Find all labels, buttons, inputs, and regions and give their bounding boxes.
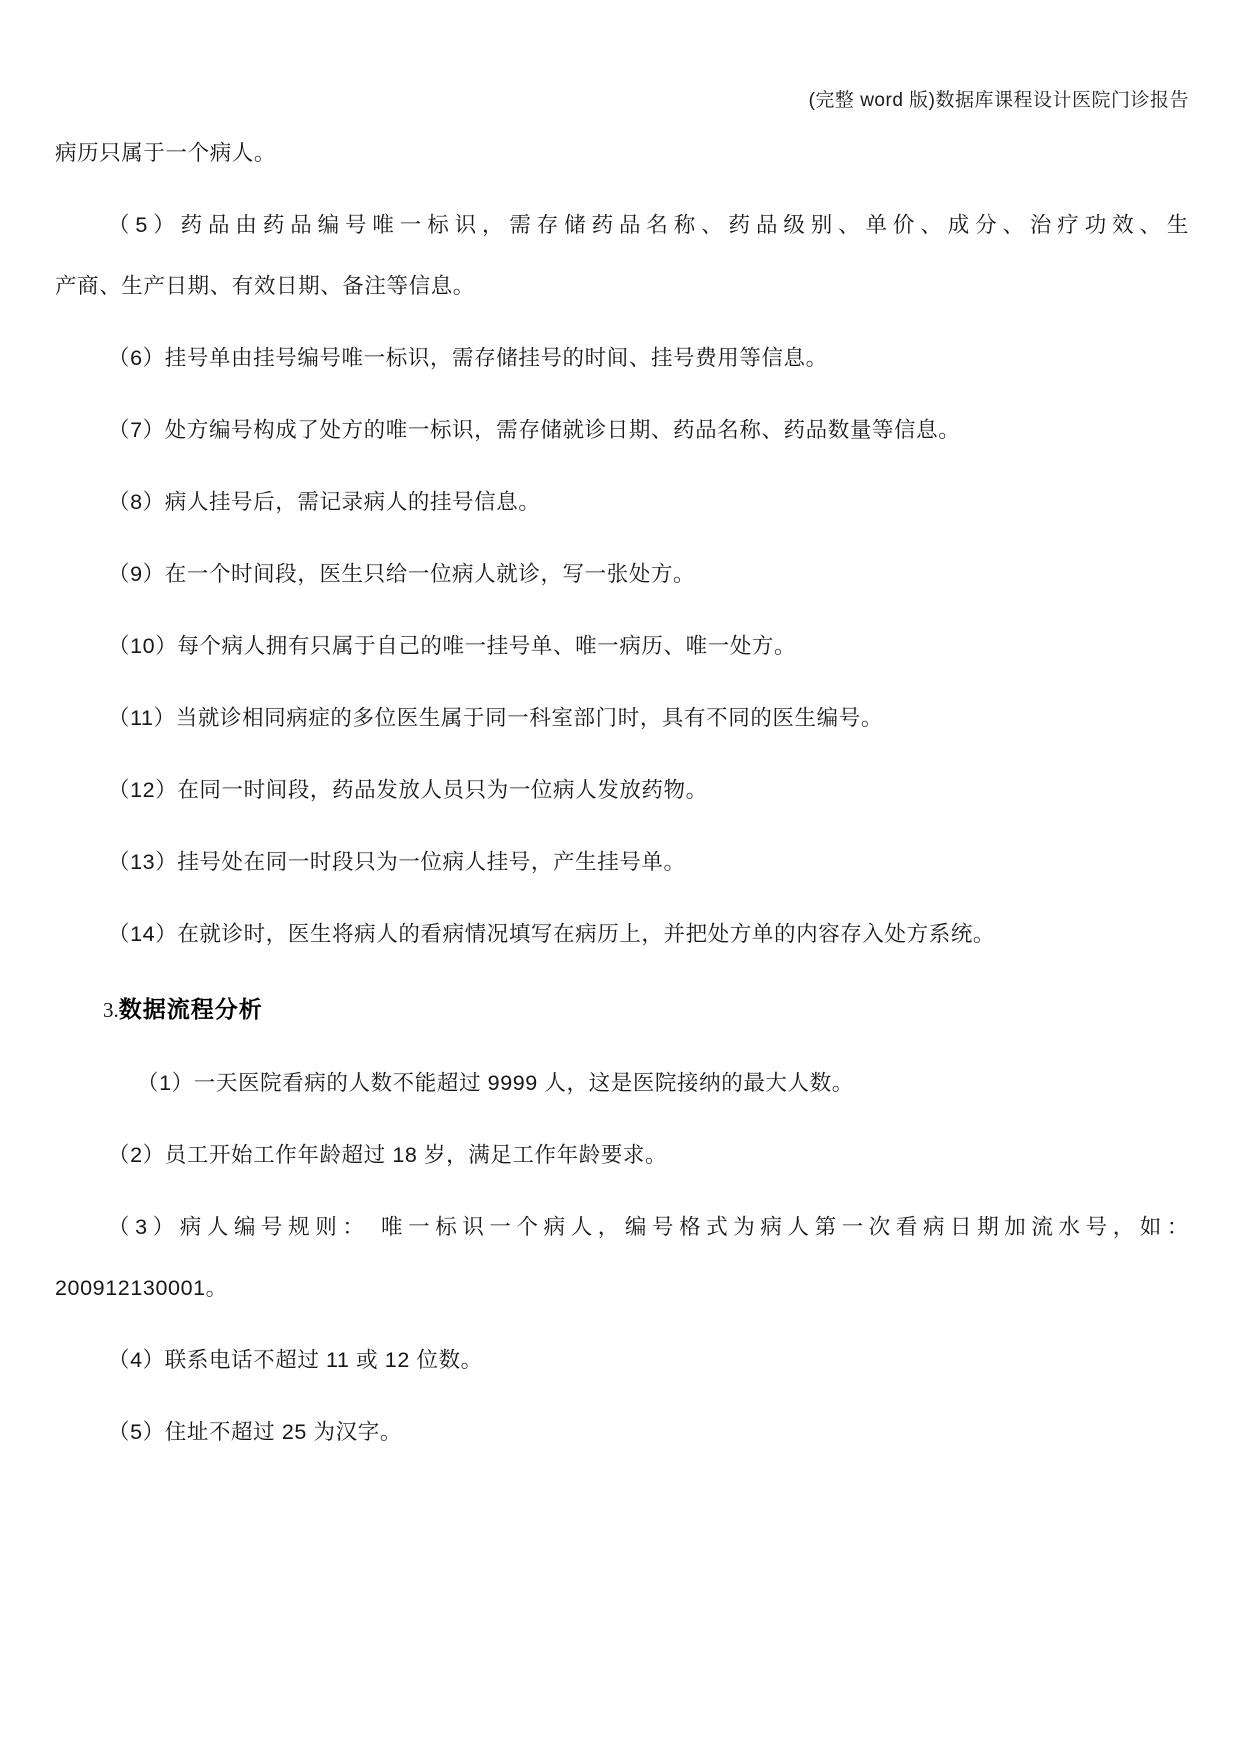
doc-line: （2）员工开始工作年龄超过 18 岁，满足工作年龄要求。 bbox=[55, 1140, 1189, 1170]
doc-line: （7）处方编号构成了处方的唯一标识，需存储就诊日期、药品名称、药品数量等信息。 bbox=[55, 415, 1189, 445]
doc-line: 产商、生产日期、有效日期、备注等信息。 bbox=[55, 271, 1189, 301]
doc-line: （3）病人编号规则： 唯一标识一个病人，编号格式为病人第一次看病日期加流水号，如… bbox=[55, 1212, 1189, 1242]
doc-line: （9）在一个时间段，医生只给一位病人就诊，写一张处方。 bbox=[55, 559, 1189, 589]
doc-line: （12）在同一时间段，药品发放人员只为一位病人发放药物。 bbox=[55, 775, 1189, 805]
section-heading-title: 数据流程分析 bbox=[119, 996, 263, 1022]
doc-line: （8）病人挂号后，需记录病人的挂号信息。 bbox=[55, 487, 1189, 517]
doc-line: （11）当就诊相同病症的多位医生属于同一科室部门时，具有不同的医生编号。 bbox=[55, 703, 1189, 733]
section-heading: 3.数据流程分析 bbox=[55, 991, 1189, 1024]
doc-line: （13）挂号处在同一时段只为一位病人挂号，产生挂号单。 bbox=[55, 847, 1189, 877]
doc-line: （6）挂号单由挂号编号唯一标识，需存储挂号的时间、挂号费用等信息。 bbox=[55, 343, 1189, 373]
document-page: (完整 word 版)数据库课程设计医院门诊报告 病历只属于一个病人。 （5）药… bbox=[0, 0, 1241, 1754]
section-heading-number: 3. bbox=[103, 998, 119, 1022]
page-header: (完整 word 版)数据库课程设计医院门诊报告 bbox=[55, 88, 1189, 114]
doc-line: （1）一天医院看病的人数不能超过 9999 人，这是医院接纳的最大人数。 bbox=[55, 1068, 1189, 1098]
doc-line: （10）每个病人拥有只属于自己的唯一挂号单、唯一病历、唯一处方。 bbox=[55, 631, 1189, 661]
doc-line: （5）住址不超过 25 为汉字。 bbox=[55, 1417, 1189, 1447]
doc-line: 病历只属于一个病人。 bbox=[55, 138, 1189, 168]
doc-line: （5）药品由药品编号唯一标识，需存储药品名称、药品级别、单价、成分、治疗功效、生 bbox=[55, 210, 1189, 240]
doc-line: （14）在就诊时，医生将病人的看病情况填写在病历上，并把处方单的内容存入处方系统… bbox=[55, 919, 1189, 949]
doc-line: 200912130001。 bbox=[55, 1273, 1189, 1303]
doc-line: （4）联系电话不超过 11 或 12 位数。 bbox=[55, 1345, 1189, 1375]
